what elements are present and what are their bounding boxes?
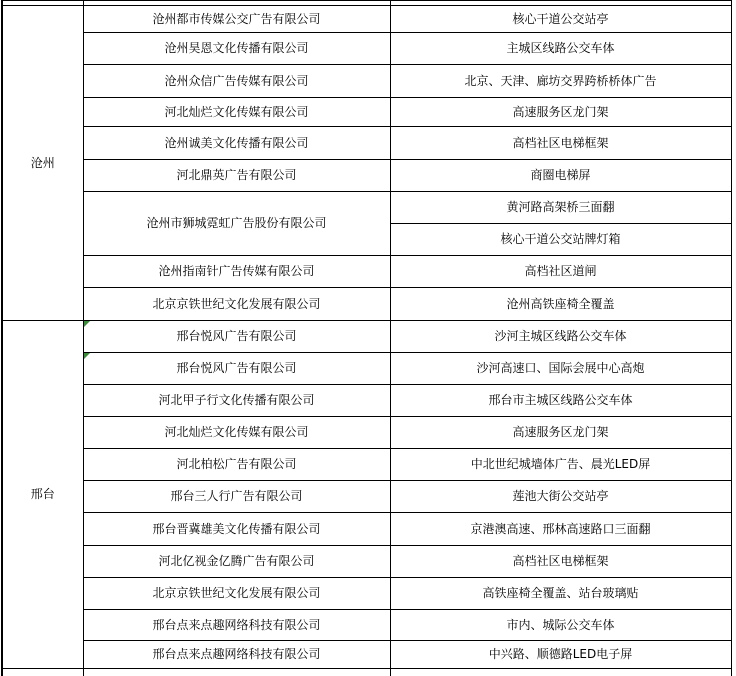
media-cell: 高速服务区龙门架 bbox=[390, 98, 731, 127]
spreadsheet-view: 沧州 沧州都市传媒公交广告有限公司 核心干道公交站亭 沧州昊恩文化传播有限公司 … bbox=[0, 0, 736, 676]
cutoff-cell bbox=[390, 669, 731, 676]
table-row: 沧州众信广告传媒有限公司 北京、天津、廊坊交界跨桥桥体广告 bbox=[2, 65, 731, 98]
table-row: 北京京铁世纪文化发展有限公司 沧州高铁座椅全覆盖 bbox=[2, 288, 731, 321]
company-cell: 河北柏松广告有限公司 bbox=[83, 449, 390, 481]
region-cell: 沧州 bbox=[2, 6, 83, 321]
media-cell: 核心干道公交站亭 bbox=[390, 6, 731, 33]
table-row: 邢台点来点趣网络科技有限公司 中兴路、顺德路LED电子屏 bbox=[2, 641, 731, 669]
company-cell: 沧州市狮城霓虹广告股份有限公司 bbox=[83, 192, 390, 256]
table-row: 沧州昊恩文化传播有限公司 主城区线路公交车体 bbox=[2, 33, 731, 65]
company-cell: 沧州众信广告传媒有限公司 bbox=[83, 65, 390, 98]
company-cell: 沧州指南针广告传媒有限公司 bbox=[83, 256, 390, 288]
media-cell: 高速服务区龙门架 bbox=[390, 417, 731, 449]
table-row: 河北鼎英广告有限公司 商圈电梯屏 bbox=[2, 160, 731, 192]
media-cell: 邢台市主城区线路公交车体 bbox=[390, 385, 731, 417]
company-cell: 邢台点来点趣网络科技有限公司 bbox=[83, 641, 390, 669]
company-cell: 邢台点来点趣网络科技有限公司 bbox=[83, 610, 390, 641]
smart-tag-icon bbox=[84, 321, 90, 327]
company-cell: 河北亿视金亿腾广告有限公司 bbox=[83, 546, 390, 578]
company-cell: 北京京铁世纪文化发展有限公司 bbox=[83, 288, 390, 321]
company-cell: 河北甲子行文化传播有限公司 bbox=[83, 385, 390, 417]
company-cell: 沧州都市传媒公交广告有限公司 bbox=[83, 6, 390, 33]
table-row: 沧州 沧州都市传媒公交广告有限公司 核心干道公交站亭 bbox=[2, 6, 731, 33]
media-cell: 沧州高铁座椅全覆盖 bbox=[390, 288, 731, 321]
cutoff-cell bbox=[2, 669, 83, 676]
media-cell: 市内、城际公交车体 bbox=[390, 610, 731, 641]
media-cell: 沙河主城区线路公交车体 bbox=[390, 321, 731, 353]
company-cell: 沧州诚美文化传播有限公司 bbox=[83, 127, 390, 160]
media-cell: 商圈电梯屏 bbox=[390, 160, 731, 192]
table-row: 河北甲子行文化传播有限公司 邢台市主城区线路公交车体 bbox=[2, 385, 731, 417]
table-row: 北京京铁世纪文化发展有限公司 高铁座椅全覆盖、站台玻璃贴 bbox=[2, 578, 731, 610]
media-cell: 高档社区电梯框架 bbox=[390, 127, 731, 160]
region-cell: 邢台 bbox=[2, 321, 83, 669]
table-row: 邢台悦风广告有限公司 沙河高速口、国际会展中心高炮 bbox=[2, 353, 731, 385]
company-text: 邢台悦风广告有限公司 bbox=[176, 361, 296, 375]
company-cell: 河北灿烂文化传媒有限公司 bbox=[83, 417, 390, 449]
table-row: 邢台晋冀雄美文化传播有限公司 京港澳高速、邢林高速路口三面翻 bbox=[2, 513, 731, 546]
table-row: 邢台 邢台悦风广告有限公司 沙河主城区线路公交车体 bbox=[2, 321, 731, 353]
company-cell: 邢台悦风广告有限公司 bbox=[83, 353, 390, 385]
table-row: 河北亿视金亿腾广告有限公司 高档社区电梯框架 bbox=[2, 546, 731, 578]
table-row: 河北柏松广告有限公司 中北世纪城墙体广告、晨光LED屏 bbox=[2, 449, 731, 481]
media-cell: 沙河高速口、国际会展中心高炮 bbox=[390, 353, 731, 385]
media-cell: 黄河路高架桥三面翻 bbox=[390, 192, 731, 224]
media-cell: 莲池大街公交站亭 bbox=[390, 481, 731, 513]
company-cell: 沧州昊恩文化传播有限公司 bbox=[83, 33, 390, 65]
table-row: 邢台点来点趣网络科技有限公司 市内、城际公交车体 bbox=[2, 610, 731, 641]
media-cell: 中兴路、顺德路LED电子屏 bbox=[390, 641, 731, 669]
media-cell: 北京、天津、廊坊交界跨桥桥体广告 bbox=[390, 65, 731, 98]
smart-tag-icon bbox=[84, 353, 90, 359]
table-row: 河北灿烂文化传媒有限公司 高速服务区龙门架 bbox=[2, 417, 731, 449]
table-row: 沧州市狮城霓虹广告股份有限公司 黄河路高架桥三面翻 bbox=[2, 192, 731, 224]
company-cell: 河北鼎英广告有限公司 bbox=[83, 160, 390, 192]
company-cell: 北京京铁世纪文化发展有限公司 bbox=[83, 578, 390, 610]
table-row: 沧州指南针广告传媒有限公司 高档社区道闸 bbox=[2, 256, 731, 288]
company-cell: 邢台晋冀雄美文化传播有限公司 bbox=[83, 513, 390, 546]
cutoff-cell bbox=[83, 669, 390, 676]
media-cell: 核心干道公交站牌灯箱 bbox=[390, 224, 731, 256]
table-row bbox=[2, 669, 731, 676]
table-row: 河北灿烂文化传媒有限公司 高速服务区龙门架 bbox=[2, 98, 731, 127]
media-cell: 京港澳高速、邢林高速路口三面翻 bbox=[390, 513, 731, 546]
table-row: 沧州诚美文化传播有限公司 高档社区电梯框架 bbox=[2, 127, 731, 160]
media-cell: 中北世纪城墙体广告、晨光LED屏 bbox=[390, 449, 731, 481]
company-text: 邢台悦风广告有限公司 bbox=[176, 329, 296, 343]
media-cell: 主城区线路公交车体 bbox=[390, 33, 731, 65]
media-cell: 高档社区电梯框架 bbox=[390, 546, 731, 578]
company-cell: 邢台三人行广告有限公司 bbox=[83, 481, 390, 513]
company-cell: 河北灿烂文化传媒有限公司 bbox=[83, 98, 390, 127]
table-row: 邢台三人行广告有限公司 莲池大街公交站亭 bbox=[2, 481, 731, 513]
media-cell: 高档社区道闸 bbox=[390, 256, 731, 288]
vendor-media-table: 沧州 沧州都市传媒公交广告有限公司 核心干道公交站亭 沧州昊恩文化传播有限公司 … bbox=[1, 0, 732, 676]
company-cell: 邢台悦风广告有限公司 bbox=[83, 321, 390, 353]
media-cell: 高铁座椅全覆盖、站台玻璃贴 bbox=[390, 578, 731, 610]
